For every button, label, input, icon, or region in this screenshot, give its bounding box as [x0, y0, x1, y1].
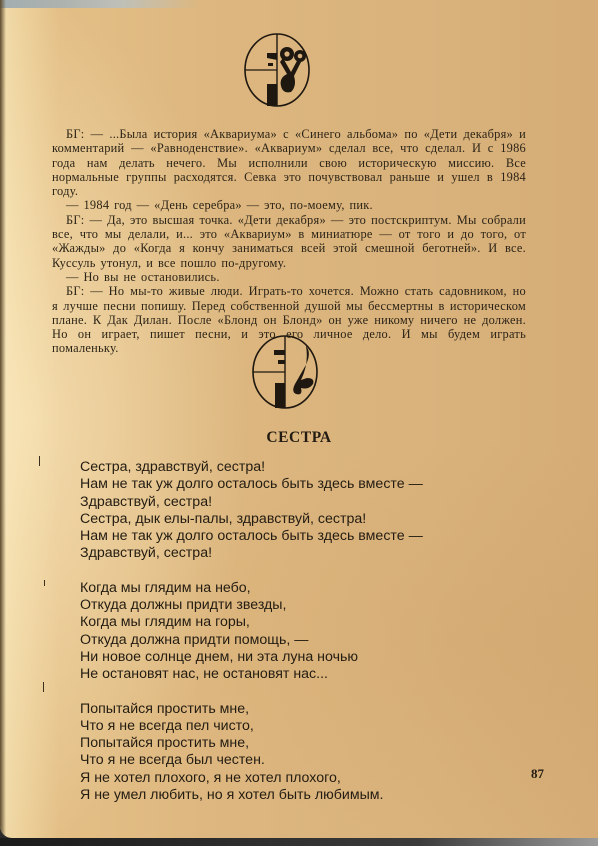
stanza-2: Когда мы глядим на небо, Откуда должны п…	[80, 580, 500, 684]
margin-mark	[43, 682, 44, 692]
lyric-line: Попытайся простить мне,	[80, 701, 500, 718]
interview-text: БГ: — ...Была история «Аквариума» с «Син…	[52, 127, 526, 356]
lyric-line: Откуда должны придти звезды,	[80, 597, 500, 614]
paragraph: БГ: — Да, это высшая точка. «Дети декабр…	[52, 213, 526, 270]
page-curl-shadow	[0, 0, 200, 8]
paragraph: — Но вы не остановились.	[52, 270, 526, 284]
aquarium-emblem-hand-icon	[243, 32, 311, 108]
lyric-line: Здравствуй, сестра!	[80, 545, 500, 562]
aquarium-emblem-music-note-icon	[251, 334, 319, 410]
stanza-3: Попытайся простить мне, Что я не всегда …	[80, 701, 500, 805]
lyric-line: Попытайся простить мне,	[80, 735, 500, 752]
lyric-line: Здравствуй, сестра!	[80, 494, 500, 511]
margin-mark	[39, 456, 40, 466]
lyric-line: Я не хотел плохого, я не хотел плохого,	[80, 770, 500, 787]
stanza-1: Сестра, здравствуй, сестра! Нам не так у…	[80, 459, 500, 563]
page-number: 87	[531, 766, 544, 782]
paragraph: БГ: — ...Была история «Аквариума» с «Син…	[52, 127, 526, 198]
lyric-line: Сестра, дык елы-палы, здравствуй, сестра…	[80, 511, 500, 528]
lyric-line: Ни новое солнце днем, ни эта луна ночью	[80, 649, 500, 666]
lyric-line: Когда мы глядим на небо,	[80, 580, 500, 597]
lyric-line: Что я не всегда пел чисто,	[80, 718, 500, 735]
lyric-line: Что я не всегда был честен.	[80, 752, 500, 769]
lyric-line: Не остановят нас, не остановят нас...	[80, 666, 500, 683]
binding-edge	[0, 0, 6, 838]
lyric-line: Когда мы глядим на горы,	[80, 614, 500, 631]
margin-mark	[44, 580, 45, 586]
lyric-line: Откуда должна придти помощь, —	[80, 632, 500, 649]
book-page: БГ: — ...Была история «Аквариума» с «Син…	[0, 0, 598, 838]
song-title: СЕСТРА	[0, 429, 598, 447]
lyric-line: Я не умел любить, но я хотел быть любимы…	[80, 787, 500, 804]
lyric-line: Сестра, здравствуй, сестра!	[80, 459, 500, 476]
lyric-line: Нам не так уж долго осталось быть здесь …	[80, 476, 500, 493]
paragraph: — 1984 год — «День серебра» — это, по-мо…	[52, 198, 526, 212]
page-bottom-edge	[0, 838, 598, 846]
lyric-line: Нам не так уж долго осталось быть здесь …	[80, 528, 500, 545]
song-lyrics: Сестра, здравствуй, сестра! Нам не так у…	[80, 459, 500, 821]
